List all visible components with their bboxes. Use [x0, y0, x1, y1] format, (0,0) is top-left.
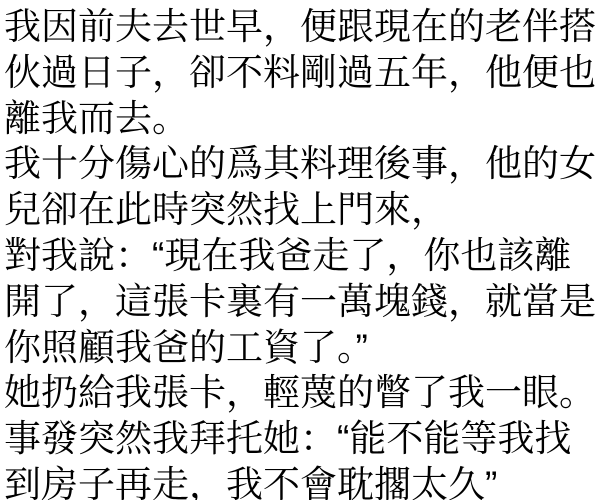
text-line: 我因前夫去世早，便跟現在的老伴搭: [4, 4, 600, 50]
text-line: 我十分傷心的爲其料理後事，他的女: [4, 141, 600, 187]
text-line: 兒卻在此時突然找上門來，: [4, 187, 600, 233]
text-line: 伙過日子，卻不料剛過五年，他便也: [4, 50, 600, 96]
text-line: 她扔給我張卡，輕蔑的瞥了我一眼。: [4, 370, 600, 416]
text-line: 事發突然我拜托她：“能不能等我找: [4, 416, 600, 462]
text-line: 離我而去。: [4, 96, 600, 142]
text-line: 到房子再走，我不會耽擱太久”: [4, 462, 600, 500]
text-line: 你照顧我爸的工資了。”: [4, 325, 600, 371]
page: 我因前夫去世早，便跟現在的老伴搭 伙過日子，卻不料剛過五年，他便也 離我而去。 …: [0, 0, 600, 500]
text-line: 對我說：“現在我爸走了，你也該離: [4, 233, 600, 279]
text-line: 開了，這張卡裏有一萬塊錢，就當是: [4, 279, 600, 325]
story-text: 我因前夫去世早，便跟現在的老伴搭 伙過日子，卻不料剛過五年，他便也 離我而去。 …: [4, 4, 600, 500]
